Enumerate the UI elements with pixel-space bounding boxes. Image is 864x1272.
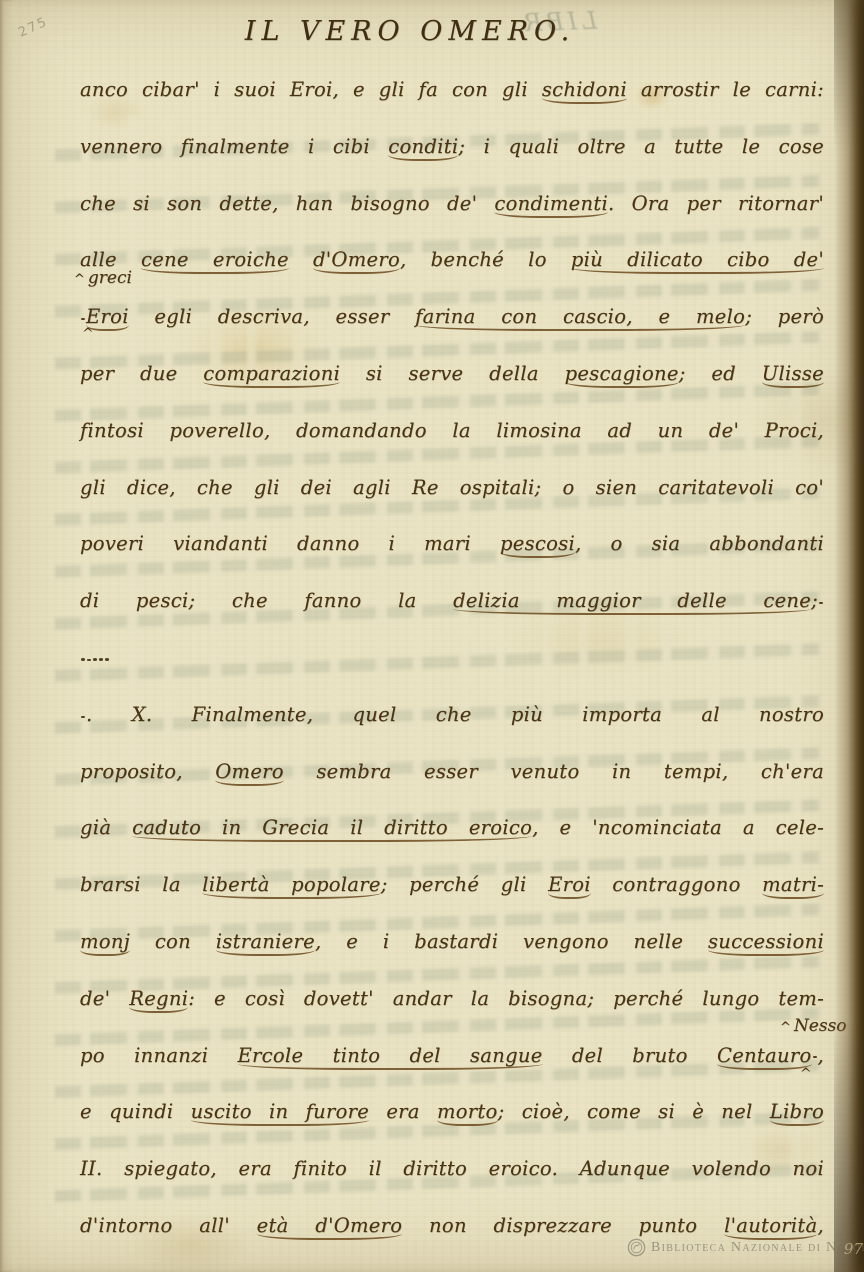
caret-icon: ^: [74, 272, 85, 287]
text-segment: l'autorità: [724, 1214, 817, 1240]
caret-icon: ^: [800, 1066, 812, 1082]
text-segment: po innanzi: [80, 1044, 238, 1067]
text-segment: de': [80, 987, 129, 1010]
text-segment: ; cioè, come si è nel: [498, 1100, 770, 1123]
text-segment: era: [369, 1100, 437, 1123]
text-segment: . X. Finalmente, quel che più importa al…: [86, 703, 824, 726]
text-segment: del bruto: [543, 1044, 717, 1067]
text-segment: poveri viandanti danno i mari: [80, 532, 500, 555]
text-segment: fintosi poverello, domandando la limosin…: [80, 419, 824, 442]
manuscript-line: brarsi la libertà popolare; perché gli E…: [80, 873, 824, 903]
manuscript-line: [80, 646, 824, 676]
text-segment: ; i quali oltre a tutte le cose: [458, 135, 824, 158]
text-segment: di pesci; che fanno la: [80, 589, 453, 612]
text-segment: delizia maggior delle cene: [453, 589, 811, 615]
manuscript-line: alle cene eroiche d'Omero, benché lo più…: [80, 248, 824, 278]
manuscript-line: anco cibar' i suoi Eroi, e gli fa con gl…: [80, 78, 824, 108]
text-segment: . Ora per ritornar': [608, 192, 824, 215]
text-segment: si serve della: [340, 362, 564, 385]
manuscript-line: po innanzi Ercole tinto del sangue del b…: [80, 1044, 824, 1074]
text-segment: libertà popolare: [202, 873, 380, 899]
text-segment: egli descriva, esser: [129, 305, 415, 328]
text-segment: matri-: [762, 873, 824, 899]
text-segment: sembra esser venuto in tempi, ch'era: [284, 760, 824, 783]
text-segment: ,: [818, 1044, 825, 1067]
text-segment: : e così dovett' andar la bisogna; perch…: [188, 987, 824, 1010]
text-segment: caduto in Grecia il diritto eroico: [132, 816, 532, 842]
text-segment: morto: [437, 1100, 498, 1126]
text-segment: uscito in furore: [191, 1100, 369, 1126]
text-segment: Ulisse: [762, 362, 824, 388]
text-segment: ,: [817, 1214, 824, 1237]
text-segment: d'intorno all': [80, 1214, 257, 1237]
text-segment: Regni: [129, 987, 188, 1013]
caret-icon: ^: [82, 326, 94, 342]
manuscript-lines: anco cibar' i suoi Eroi, e gli fa con gl…: [0, 0, 864, 1272]
text-segment: , o sia abbondanti: [575, 532, 824, 555]
text-segment: brarsi la: [80, 873, 202, 896]
text-segment: successioni: [708, 930, 824, 956]
text-segment: comparazioni: [203, 362, 340, 388]
text-segment: cene eroiche: [141, 248, 289, 274]
text-segment: ; però: [745, 305, 824, 328]
text-segment: condimenti: [494, 192, 608, 218]
text-segment: Omero: [215, 760, 284, 786]
text-segment: II. spiegato, era finito il diritto eroi…: [80, 1157, 824, 1180]
text-segment: non disprezzare punto: [402, 1214, 724, 1237]
text-segment: età d'Omero: [257, 1214, 403, 1240]
caret-icon: ^: [780, 1020, 791, 1035]
manuscript-line: e quindi uscito in furore era morto; cio…: [80, 1100, 824, 1130]
text-segment: Eroi: [548, 873, 591, 899]
text-segment: Ercole tinto del sangue: [238, 1044, 543, 1070]
text-segment: gli dice, che gli dei agli Re ospitali; …: [80, 476, 824, 499]
library-watermark: Biblioteca Nazionale di Napoli: [627, 1238, 864, 1257]
manuscript-line: fintosi poverello, domandando la limosin…: [80, 419, 824, 449]
manuscript-line: de' Regni: e così dovett' andar la bisog…: [80, 987, 824, 1017]
manuscript-line: poveri viandanti danno i mari pescosi, o…: [80, 532, 824, 562]
text-segment: con: [130, 930, 216, 953]
text-segment: ;: [811, 589, 818, 612]
marginal-insertion-nesso: ^Nesso: [780, 1016, 847, 1036]
manuscript-line: vennero finalmente i cibi conditi; i qua…: [80, 135, 824, 165]
manuscript-line: II. spiegato, era finito il diritto eroi…: [80, 1157, 824, 1187]
text-segment: [289, 248, 313, 271]
manuscript-line: già caduto in Grecia il diritto eroico, …: [80, 816, 824, 846]
text-segment: anco cibar' i suoi Eroi, e gli fa con gl…: [80, 78, 542, 101]
manuscript-line: gli dice, che gli dei agli Re ospitali; …: [80, 476, 824, 506]
insertion-text: greci: [88, 268, 132, 288]
text-segment: ; perché gli: [381, 873, 548, 896]
text-segment: ; ed: [679, 362, 762, 385]
text-segment: più dilicato cibo de': [571, 248, 824, 274]
text-segment: monj: [80, 930, 130, 956]
manuscript-line: monj con istraniere, e i bastardi vengon…: [80, 930, 824, 960]
text-segment: contraggono: [591, 873, 762, 896]
text-segment: già: [80, 816, 132, 839]
text-segment: pescosi: [500, 532, 575, 558]
text-segment: farina con cascio, e melo: [415, 305, 745, 331]
text-segment: per due: [80, 362, 203, 385]
manuscript-line: . X. Finalmente, quel che più importa al…: [80, 703, 824, 733]
text-segment: schidoni: [542, 78, 627, 104]
manuscript-page: LIBR 275 IL VERO OMERO. anco cibar' i su…: [0, 0, 864, 1272]
text-segment: , benché lo: [400, 248, 571, 271]
manuscript-line: proposito, Omero sembra esser venuto in …: [80, 760, 824, 790]
library-emblem-icon: [627, 1238, 646, 1257]
text-segment: , e 'ncominciata a cele-: [532, 816, 824, 839]
text-segment: vennero finalmente i cibi: [80, 135, 388, 158]
text-segment: istraniere: [216, 930, 315, 956]
library-watermark-label: Biblioteca Nazionale di Napoli: [651, 1240, 864, 1256]
text-segment: , e i bastardi vengono nelle: [315, 930, 708, 953]
text-segment: Libro: [770, 1100, 824, 1126]
text-segment: arrostir le carni:: [627, 78, 824, 101]
manuscript-line: che si son dette, han bisogno de' condim…: [80, 192, 824, 222]
marginal-insertion-greci: ^greci: [74, 268, 132, 288]
manuscript-line: Eroi egli descriva, esser farina con cas…: [80, 305, 824, 335]
text-segment: d'Omero: [313, 248, 400, 274]
manuscript-line: di pesci; che fanno la delizia maggior d…: [80, 589, 824, 619]
text-segment: pescagione: [565, 362, 679, 388]
text-segment: conditi: [388, 135, 458, 161]
text-segment: proposito,: [80, 760, 215, 783]
page-number: 97: [844, 1240, 863, 1258]
insertion-text: Nesso: [794, 1016, 847, 1036]
text-segment: Centauro: [717, 1044, 812, 1070]
manuscript-line: per due comparazioni si serve della pesc…: [80, 362, 824, 392]
text-segment: e quindi: [80, 1100, 191, 1123]
text-segment: che si son dette, han bisogno de': [80, 192, 494, 215]
